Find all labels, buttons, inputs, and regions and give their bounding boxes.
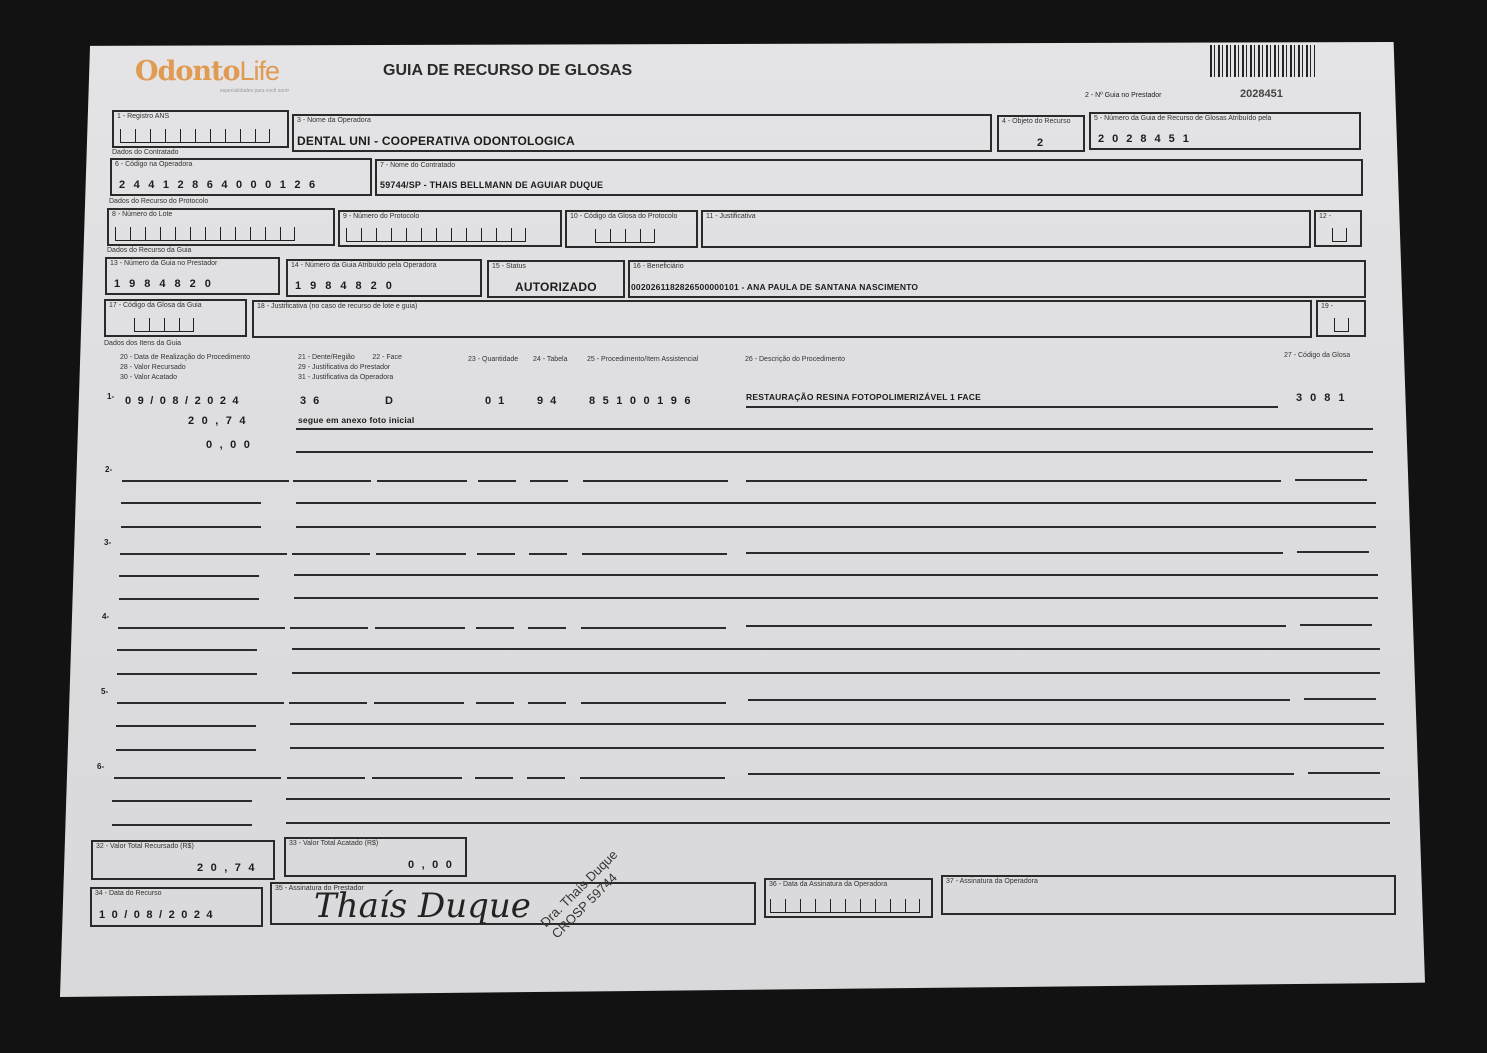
field-label: 33 - Valor Total Acatado (R$) — [289, 840, 378, 847]
field-value: 20,74 — [197, 862, 262, 874]
field-objeto-recurso[interactable]: 4 - Objeto do Recurso 2 — [997, 115, 1085, 152]
field-19[interactable]: 19 - — [1316, 300, 1366, 337]
item-descricao[interactable]: RESTAURAÇÃO RESINA FOTOPOLIMERIZÁVEL 1 F… — [746, 392, 981, 402]
field-data-recurso[interactable]: 34 - Data do Recurso 10/08/2024 — [90, 887, 263, 927]
field-value: DENTAL UNI - COOPERATIVA ODONTOLOGICA — [297, 134, 575, 148]
field-label: 34 - Data do Recurso — [95, 890, 162, 897]
field-value: 1984820 — [295, 280, 401, 292]
field-label: 13 - Número da Guia no Prestador — [110, 260, 217, 267]
section-guia: Dados do Recurso da Guia — [107, 247, 191, 254]
field-codigo-glosa-protocolo[interactable]: 10 - Código da Glosa do Protocolo — [565, 210, 698, 248]
field-nome-contratado[interactable]: 7 - Nome do Contratado 59744/SP - THAIS … — [375, 159, 1363, 196]
field-label: 14 - Número da Guia Atribuído pela Opera… — [291, 262, 437, 269]
field-label: 17 - Código da Glosa da Guia — [109, 302, 202, 309]
field-label: 10 - Código da Glosa do Protocolo — [570, 213, 677, 220]
row-number: 5- — [101, 687, 108, 696]
field-justificativa-guia[interactable]: 18 - Justificativa (no caso de recurso d… — [252, 300, 1312, 338]
barcode-icon — [1210, 45, 1315, 77]
field-label: 9 - Número do Protocolo — [343, 213, 419, 220]
field-numero-lote[interactable]: 8 - Número do Lote — [107, 208, 335, 246]
row-number: 1- — [107, 392, 114, 401]
field-data-assinatura-operadora[interactable]: 36 - Data da Assinatura da Operadora — [764, 878, 933, 918]
items-col-header-quantidade: 23 - Quantidade — [468, 355, 518, 365]
field-label: 19 - — [1321, 303, 1333, 310]
field-beneficiario[interactable]: 16 - Beneficiário 0020261182826500000101… — [628, 260, 1366, 298]
field-label: 4 - Objeto do Recurso — [1002, 118, 1070, 125]
item-tabela[interactable]: 94 — [537, 395, 563, 407]
field-label: 32 - Valor Total Recursado (R$) — [96, 843, 194, 850]
section-contratado: Dados do Contratado — [112, 149, 179, 156]
field-label: 16 - Beneficiário — [633, 263, 684, 270]
row-number: 4- — [102, 612, 109, 621]
field-label: 1 - Registro ANS — [117, 113, 169, 120]
field-label: 5 - Número da Guia de Recurso de Glosas … — [1094, 115, 1271, 122]
status-badge: AUTORIZADO — [515, 280, 597, 294]
field-nome-operadora[interactable]: 3 - Nome da Operadora DENTAL UNI - COOPE… — [292, 114, 992, 152]
item-dente[interactable]: 36 — [300, 395, 326, 407]
field-numero-guia-recurso[interactable]: 5 - Número da Guia de Recurso de Glosas … — [1089, 112, 1361, 150]
field-value: 0020261182826500000101 - ANA PAULA DE SA… — [631, 282, 918, 292]
item-quantidade[interactable]: 01 — [485, 395, 511, 407]
field-valor-total-recursado[interactable]: 32 - Valor Total Recursado (R$) 20,74 — [91, 840, 275, 880]
field-assinatura-prestador[interactable]: 35 - Assinatura do Prestador Thaís Duque — [270, 882, 756, 925]
field-numero-protocolo[interactable]: 9 - Número do Protocolo — [338, 210, 562, 247]
section-itens: Dados dos Itens da Guia — [104, 340, 181, 347]
field-justificativa-protocolo[interactable]: 11 - Justificativa — [701, 210, 1311, 248]
items-col-header-data: 20 - Data de Realização do Procedimento2… — [120, 353, 250, 383]
field-label: 36 - Data da Assinatura da Operadora — [769, 881, 887, 888]
glosa-appeal-form: OdontoLife especialidades para você sorr… — [60, 42, 1425, 997]
row-number: 2- — [105, 465, 112, 474]
field-label: 8 - Número do Lote — [112, 211, 172, 218]
items-col-header-codigo-glosa: 27 - Código da Glosa — [1284, 351, 1350, 361]
prestador-signature: Thaís Duque — [314, 886, 531, 926]
field-registro-ans[interactable]: 1 - Registro ANS — [112, 110, 289, 148]
field-value: 0,00 — [408, 859, 459, 871]
logo-tagline: especialidades para você sorrir — [220, 88, 289, 94]
guia-prestador-value: 2028451 — [1240, 88, 1283, 100]
field-numero-guia-operadora[interactable]: 14 - Número da Guia Atribuído pela Opera… — [286, 259, 482, 297]
field-label: 37 - Assinatura da Operadora — [946, 878, 1038, 885]
field-value: 2 — [1037, 137, 1043, 149]
row-number: 6- — [97, 762, 104, 771]
item-valor-recursado[interactable]: 20,74 — [188, 415, 253, 427]
field-status[interactable]: 15 - Status AUTORIZADO — [487, 260, 625, 298]
field-value: 2028451 — [1098, 133, 1197, 145]
field-label: 18 - Justificativa (no caso de recurso d… — [257, 303, 417, 310]
field-label: 11 - Justificativa — [706, 213, 756, 220]
odontolife-logo: OdontoLife — [135, 56, 279, 87]
guia-prestador-label: 2 - Nº Guia no Prestador — [1085, 92, 1161, 99]
row-number: 3- — [104, 538, 111, 547]
field-valor-total-acatado[interactable]: 33 - Valor Total Acatado (R$) 0,00 — [284, 837, 467, 877]
field-label: 15 - Status — [492, 263, 526, 270]
item-justificativa-prestador[interactable]: segue em anexo foto inicial — [298, 415, 414, 425]
items-col-header-dente: 21 - Dente/Região 22 - Face 29 - Justifi… — [298, 353, 402, 383]
items-col-header-descricao: 26 - Descrição do Procedimento — [745, 355, 845, 365]
field-value: 10/08/2024 — [99, 909, 219, 921]
field-value: 24412864000126 — [119, 179, 324, 191]
item-data[interactable]: 09/08/2024 — [125, 395, 245, 407]
field-assinatura-operadora[interactable]: 37 - Assinatura da Operadora — [941, 875, 1396, 915]
field-label: 3 - Nome da Operadora — [297, 117, 371, 124]
field-value: 59744/SP - THAIS BELLMANN DE AGUIAR DUQU… — [380, 180, 603, 190]
item-procedimento[interactable]: 85100196 — [589, 395, 698, 407]
field-label: 6 - Código na Operadora — [115, 161, 192, 168]
items-col-header-procedimento: 25 - Procedimento/Item Assistencial — [587, 355, 698, 365]
items-col-header-tabela: 24 - Tabela — [533, 355, 568, 365]
field-codigo-glosa-guia[interactable]: 17 - Código da Glosa da Guia — [104, 299, 247, 337]
item-codigo-glosa[interactable]: 3081 — [1296, 392, 1352, 404]
field-numero-guia-prestador[interactable]: 13 - Número da Guia no Prestador 1984820 — [105, 257, 280, 295]
field-value: 1984820 — [114, 278, 220, 290]
form-title: GUIA DE RECURSO DE GLOSAS — [383, 62, 632, 80]
item-valor-acatado[interactable]: 0,00 — [206, 439, 257, 451]
field-12[interactable]: 12 - — [1314, 210, 1362, 247]
section-protocolo: Dados do Recurso do Protocolo — [109, 198, 208, 205]
field-label: 12 - — [1319, 213, 1331, 220]
field-codigo-operadora[interactable]: 6 - Código na Operadora 24412864000126 — [110, 158, 372, 196]
field-label: 7 - Nome do Contratado — [380, 162, 455, 169]
item-face[interactable]: D — [385, 395, 393, 407]
